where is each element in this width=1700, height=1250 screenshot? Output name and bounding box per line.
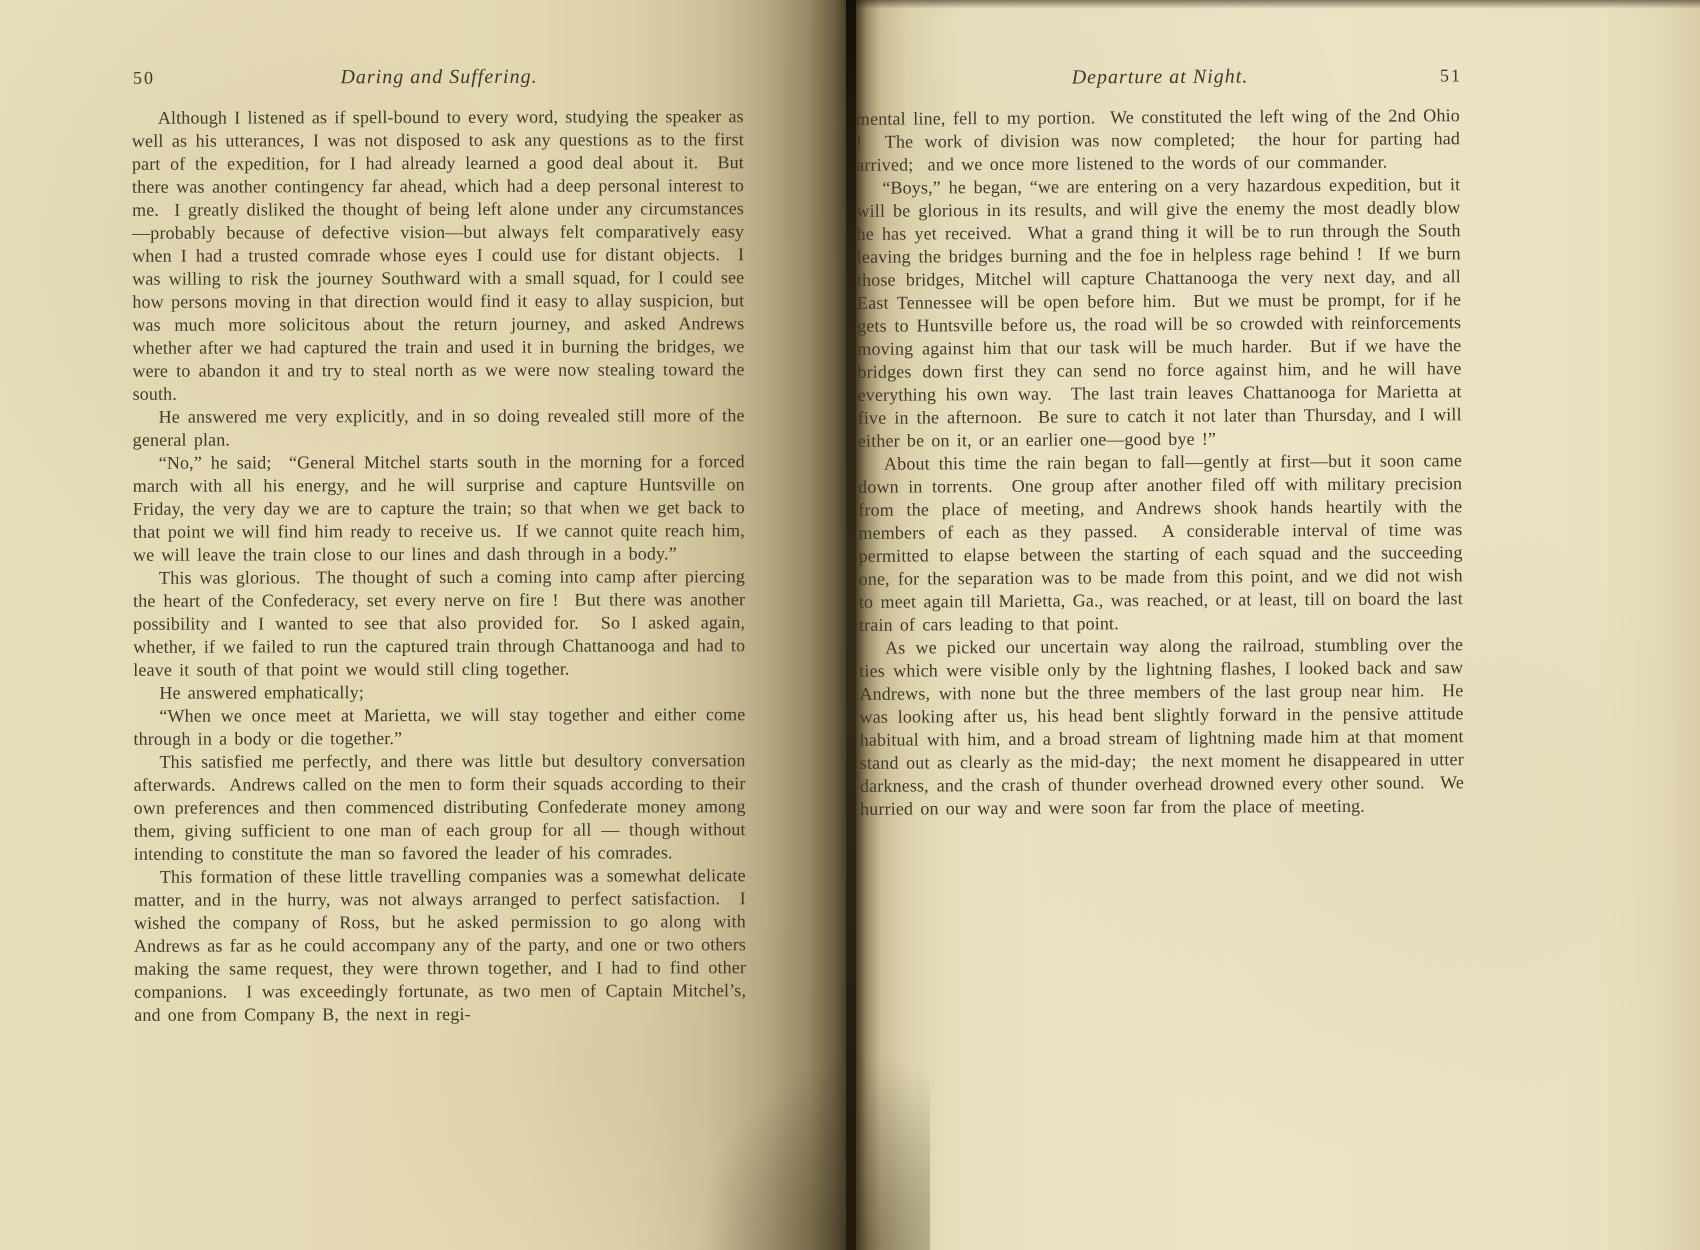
paragraph: mental line, fell to my portion. We cons… [856, 104, 1460, 177]
paragraph: This was glorious. The thought of such a… [133, 565, 745, 682]
right-page-number: 51 [1410, 65, 1462, 86]
book-spread: 50 Daring and Suffering. Departure at Ni… [0, 0, 1700, 1250]
paragraph: He answered emphatically; [133, 680, 745, 705]
paragraph: “No,” he said; “General Mitchel starts s… [133, 450, 745, 567]
left-running-title: Daring and Suffering. [185, 65, 693, 89]
right-page-text: mental line, fell to my portion. We cons… [856, 104, 1464, 821]
paragraph: “When we once meet at Marietta, we will … [133, 703, 745, 751]
left-running-head: 50 Daring and Suffering. [133, 65, 745, 90]
paragraph: “Boys,” he began, “we are entering on a … [856, 173, 1462, 453]
right-running-title: Departure at Night. [910, 65, 1410, 91]
paragraph: About this time the rain began to fall—g… [858, 449, 1463, 637]
paragraph: This formation of these little travellin… [134, 864, 746, 1027]
paragraph: This satisfied me perfectly, and there w… [133, 749, 745, 866]
book-spine-gutter [846, 0, 856, 1250]
right-running-head: Departure at Night. 51 [858, 64, 1462, 90]
paragraph: He answered me very explicitly, and in s… [133, 404, 745, 452]
paragraph: Although I listened as if spell-bound to… [132, 105, 745, 406]
left-page-text: Although I listened as if spell-bound to… [132, 105, 746, 1027]
left-page-number: 50 [133, 68, 185, 89]
paragraph: As we picked our uncertain way along the… [859, 633, 1464, 821]
